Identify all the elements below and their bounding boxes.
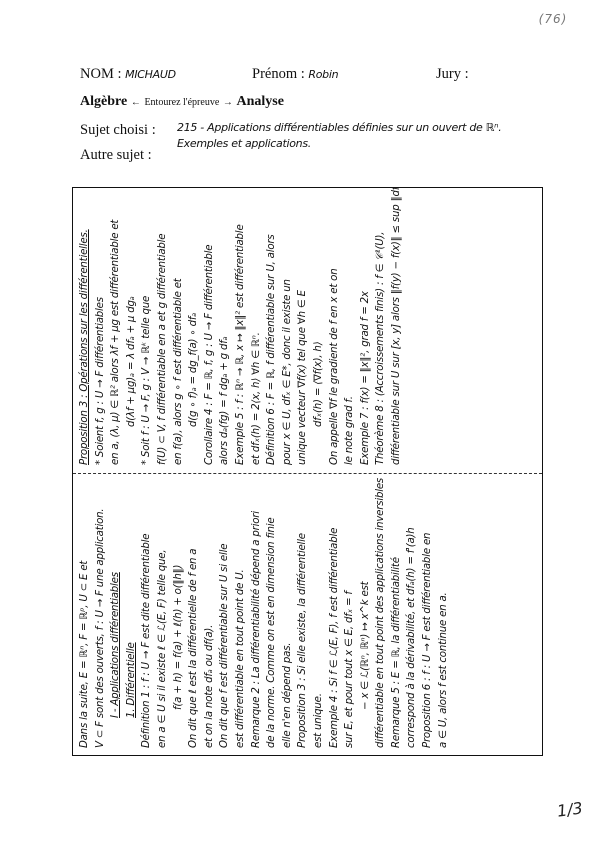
handwritten-line: Exemple 5 : f : ℝⁿ → ℝ, x ↦ ‖x‖² est dif… xyxy=(233,196,249,465)
handwritten-line: Définition 1 : f : U → F est dite différ… xyxy=(139,482,155,748)
handwritten-line: correspond à la dérivabilité, et dfₐ(h) … xyxy=(404,482,420,748)
handwritten-line: Proposition 3 : Opérations sur les diffé… xyxy=(77,196,93,465)
handwritten-line: de la norme. Comme on est en dimension f… xyxy=(264,482,280,748)
handwritten-line: et dfₓ(h) = 2⟨x, h⟩ ∀h ∈ ℝⁿ. xyxy=(249,196,265,465)
handwritten-line: Exemple 7 : f(x) = ‖x‖², grad f = 2x xyxy=(358,196,374,465)
handwritten-line: en a ∈ U si il existe ℓ ∈ ℒ(E, F) telle … xyxy=(155,482,171,748)
handwritten-line: − x ∈ ℒ(ℝⁿ, ℝⁿ) ↦ x^k est xyxy=(358,482,374,748)
firstname-field-row: Prénom : Robin xyxy=(252,66,338,83)
other-subject-row: Autre sujet : xyxy=(80,147,152,164)
subject-row: Sujet choisi : xyxy=(80,122,156,139)
handwritten-line: I - Applications différentiables xyxy=(108,482,124,748)
answer-box-top-half: Proposition 3 : Opérations sur les diffé… xyxy=(73,188,542,473)
handwritten-line: d(g ∘ f)ₐ = dg_f(a) ∘ dfₐ xyxy=(186,196,202,465)
name-field-row: NOM : MICHAUD xyxy=(80,66,176,83)
analyse-option: Analyse xyxy=(237,94,284,109)
handwritten-line: V ⊂ F sont des ouverts, f : U → F une ap… xyxy=(93,482,109,748)
handwritten-line: a ∈ U, alors f est continue en a. xyxy=(436,482,452,748)
handwritten-line: On dit que f est différentiable sur U si… xyxy=(217,482,233,748)
handwritten-line: f(U) ⊂ V, f différentiable en a et g dif… xyxy=(155,196,171,465)
handwritten-line: est différentiable en tout point de U. xyxy=(233,482,249,748)
handwritten-line: Proposition 3 : Si elle existe, la diffé… xyxy=(295,482,311,748)
handwritten-line: alors dₐ(fg) = f dgₐ + g dfₐ xyxy=(217,196,233,465)
handwritten-line: On appelle ∇f le gradient de f en x et o… xyxy=(327,196,343,465)
handwritten-line: sur E, et pour tout x ∈ E, dfₓ = f xyxy=(342,482,358,748)
handwritten-line: dfₓ(h) = ⟨∇f(x), h⟩ xyxy=(311,196,327,465)
handwritten-line: f(a + h) = f(a) + ℓ(h) + o(‖h‖) xyxy=(171,482,187,748)
handwritten-line: Dans la suite, E = ℝⁿ, F = ℝᵖ, U ⊂ E et xyxy=(77,482,93,748)
handwritten-line: Corollaire 4 : F = ℝ, f, g : U → F diffé… xyxy=(202,196,218,465)
answer-box-bottom-half: Dans la suite, E = ℝⁿ, F = ℝᵖ, U ⊂ E etV… xyxy=(73,474,542,756)
handwritten-line: en a, (λ, μ) ∈ ℝ² alors λf + μg est diff… xyxy=(108,196,124,465)
handwritten-line: Théorème 8 : (Accroissements finis) : f … xyxy=(373,196,389,465)
handwritten-line: On dit que ℓ est la différentielle de f … xyxy=(186,482,202,748)
sujet-value-line2: Exemples et applications. xyxy=(177,137,311,150)
prenom-value: Robin xyxy=(308,68,338,81)
sheet-count: 1/3 xyxy=(556,798,584,820)
page-stamp: 76 xyxy=(535,12,571,32)
handwritten-line: en f(a), alors g ∘ f est différentiable … xyxy=(171,196,187,465)
prenom-label: Prénom : xyxy=(252,66,305,82)
handwritten-line: est unique. xyxy=(311,482,327,748)
handwritten-line: unique vecteur ∇f(x) tel que ∀h ∈ E xyxy=(295,196,311,465)
answer-box: Proposition 3 : Opérations sur les diffé… xyxy=(72,187,543,756)
handwritten-line: elle n'en dépend pas. xyxy=(280,482,296,748)
handwritten-line: * Soit f : U → F, g : V → ℝᵏ telle que xyxy=(139,196,155,465)
rotated-text-column-right: Proposition 3 : Opérations sur les diffé… xyxy=(73,188,542,473)
exam-choice-row: Algèbre ← Entourez l'épreuve → Analyse xyxy=(80,93,284,110)
handwritten-line: Exemple 4 : Si f ∈ ℒ(E, F), f est différ… xyxy=(327,482,343,748)
handwritten-line: * Soient f, g : U → F différentiables xyxy=(93,196,109,465)
handwritten-line: pour x ∈ U, dfₓ ∈ E*, donc il existe un xyxy=(280,196,296,465)
handwritten-line: 1. Différentielle xyxy=(124,482,140,748)
handwritten-line: Proposition 6 : f : U → F est différenti… xyxy=(420,482,436,748)
choice-instruction: Entourez l'épreuve xyxy=(144,97,219,108)
sujet-label: Sujet choisi : xyxy=(80,122,156,138)
nom-label: NOM : xyxy=(80,66,122,82)
arrow-left-icon: ← xyxy=(131,97,141,108)
handwritten-line: et on la note dfₐ ou df(a). xyxy=(202,482,218,748)
handwritten-line: Remarque 5 : E = ℝ, la différentiabilité xyxy=(389,482,405,748)
jury-field-row: Jury : xyxy=(436,66,469,83)
handwritten-line: Définition 6 : F = ℝ, f différentiable s… xyxy=(264,196,280,465)
arrow-right-icon: → xyxy=(223,97,233,108)
handwritten-line: le note grad f. xyxy=(342,196,358,465)
handwritten-line: Remarque 2 : La différentiabilité dépend… xyxy=(249,482,265,748)
nom-value: MICHAUD xyxy=(125,68,176,81)
autre-label: Autre sujet : xyxy=(80,147,152,163)
jury-label: Jury : xyxy=(436,66,469,82)
handwritten-line: d(λf + μg)ₐ = λ dfₐ + μ dgₐ xyxy=(124,196,140,465)
rotated-text-column-left: Dans la suite, E = ℝⁿ, F = ℝᵖ, U ⊂ E etV… xyxy=(73,474,542,756)
handwritten-line: différentiable sur U sur [x, y] alors ‖f… xyxy=(389,196,405,465)
handwritten-line: différentiable en tout point des applica… xyxy=(373,482,389,748)
algebre-option: Algèbre xyxy=(80,94,127,109)
sujet-value-line1: 215 - Applications différentiables défin… xyxy=(177,121,501,134)
